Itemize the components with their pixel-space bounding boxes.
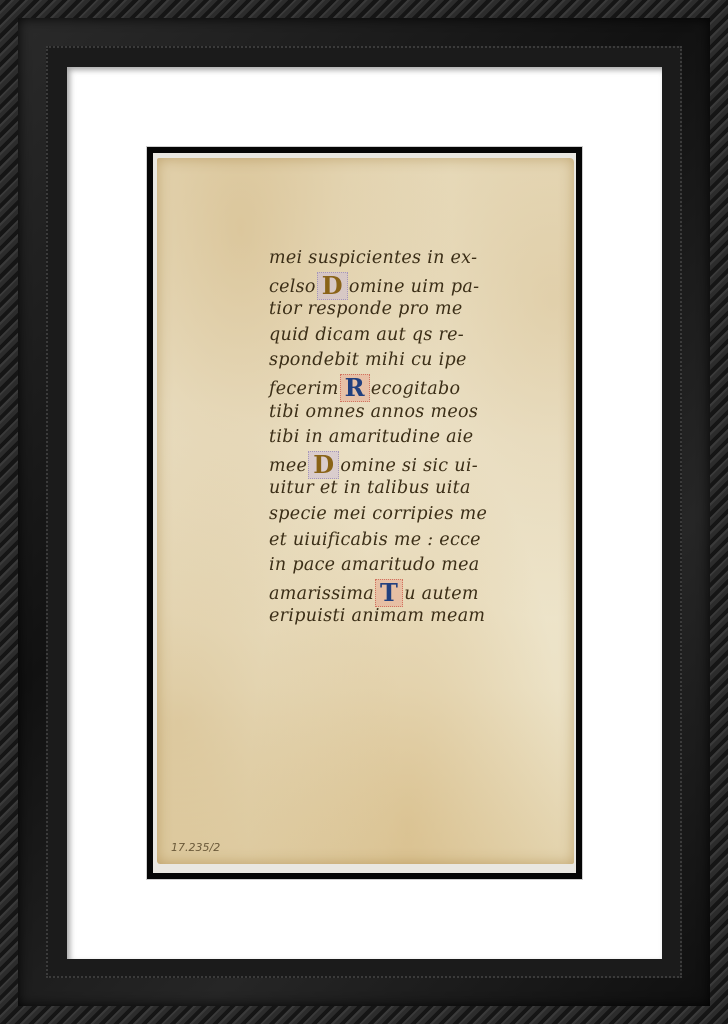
illuminated-initial-d: D — [317, 272, 348, 300]
text-line: in pace amaritudo mea — [269, 553, 549, 579]
illuminated-initial-r: R — [340, 374, 370, 402]
shelfmark-annotation: 17.235/2 — [171, 841, 220, 854]
text-line: eripuisti animam meam — [269, 604, 549, 630]
text-line: fecerimRecogitabo — [269, 374, 549, 400]
text-line: tior responde pro me — [269, 297, 549, 323]
illuminated-initial-t: T — [375, 579, 403, 607]
text-line: celsoDomine uim pa- — [269, 272, 549, 298]
illuminated-initial-d: D — [308, 451, 339, 479]
text-line: tibi in amaritudine aie — [269, 425, 549, 451]
manuscript-text: mei suspicientes in ex- celsoDomine uim … — [269, 246, 549, 630]
text-line: et uiuificabis me : ecce — [269, 528, 549, 554]
manuscript-leaf: mei suspicientes in ex- celsoDomine uim … — [157, 158, 574, 864]
text-line: specie mei corripies me — [269, 502, 549, 528]
text-line: spondebit mihi cu ipe — [269, 348, 549, 374]
text-line: amarissimaTu autem — [269, 579, 549, 605]
text-line: tibi omnes annos meos — [269, 400, 549, 426]
text-line: uitur et in talibus uita — [269, 476, 549, 502]
text-line: meeDomine si sic ui- — [269, 451, 549, 477]
text-line: quid dicam aut qs re- — [269, 323, 549, 349]
text-line: mei suspicientes in ex- — [269, 246, 549, 272]
